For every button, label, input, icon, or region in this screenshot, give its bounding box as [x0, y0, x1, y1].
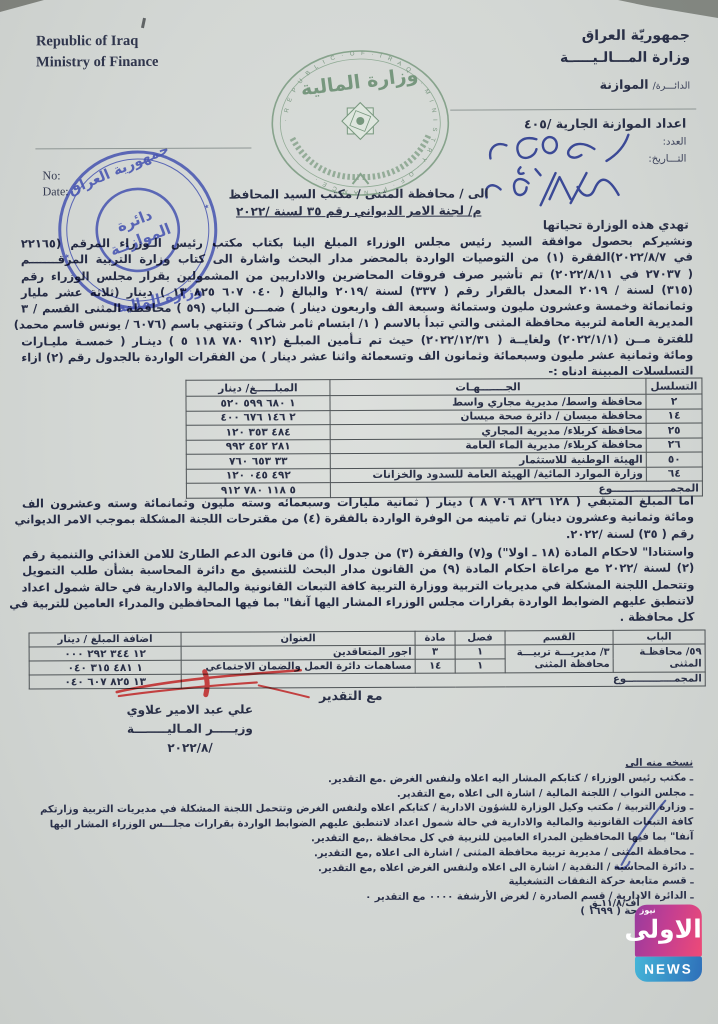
title-cell: اجور المتعاقدين: [181, 645, 415, 660]
col-bab: الباب: [613, 630, 705, 644]
col-amount: المبلـــــغ/ دينار: [186, 380, 330, 397]
col-mada: مادة: [415, 631, 455, 645]
qism-cell: ٣/ مديريـــة تربيـــة محافظة المثنى: [505, 644, 613, 672]
minister-signature-ink: [109, 664, 314, 705]
col-added-amount: اضافة المبلغ / دينار: [29, 632, 181, 647]
addressee-subject-line: م/ لجنة الامر الديواني رقم ٣٥ لسنة /٢٠٢٢: [209, 202, 509, 220]
ministry-of-finance-emblem-icon: · R E P U B L I C · O F · I R A Q · · M …: [260, 26, 461, 197]
col-title: العنوان: [181, 631, 415, 646]
country-name-en: Republic of Iraq: [36, 31, 159, 53]
mada-cell: ٣: [415, 645, 455, 659]
entity-cell: محافظة كربلاء/ مديرية المجاري: [330, 423, 646, 439]
addressee-to-line: الى / محافظة المثنى / مكتب السيد المحافظ: [209, 185, 509, 203]
ministry-name-ar: وزارة المـــالـيـــــة: [560, 47, 690, 70]
serial-cell: ٢٥: [646, 423, 702, 438]
news-logo-arabic-wordmark: الاولى: [635, 915, 702, 945]
mada-cell: ١٤: [415, 659, 455, 673]
ministry-name-en: Ministry of Finance: [36, 52, 159, 74]
news-logo-arabic-small: نيوز: [640, 906, 656, 915]
body-paragraph-2: اما المبلغ المتبقي ( ٨ ٧٠٦ ٨٢٦ ١٢٨ ) دين…: [22, 493, 694, 545]
bab-cell: ٥٩/ محافظـة المثنى: [613, 644, 705, 672]
scanned-document-page: Republic of Iraq Ministry of Finance No:…: [0, 0, 718, 1024]
news-agency-logo: نيوز الاولى NEWS: [635, 905, 702, 982]
amount-cell: ٤٨٤ ٣٥٣ ١٢٠: [186, 425, 330, 440]
greeting-line: تهدي هذه الوزارة تحياتها: [543, 218, 689, 233]
amount-cell: ١ ٦٨٠ ٥٩٩ ٥٢٠: [186, 396, 330, 411]
col-fasl: فصل: [455, 631, 505, 645]
serial-cell: ٥٠: [646, 452, 702, 467]
stamp-ring-top-text: جمهورية العراق: [66, 141, 172, 198]
serial-cell: ٢: [646, 394, 702, 409]
serial-cell: ١٤: [646, 409, 702, 424]
table-row: ٥٩/ محافظـة المثنى ٣/ مديريـــة تربيـــة…: [29, 644, 705, 661]
fasl-cell: ١: [455, 659, 505, 673]
letterhead-arabic: جمهوريّة العراق وزارة المـــالـيـــــة: [560, 25, 690, 70]
entity-cell: محافظة واسط/ مديرية مجاري واسط: [330, 394, 646, 410]
amount-cell: ٣٣ ٦٥٣ ٧٦٠: [186, 454, 330, 469]
letterhead-english: Republic of Iraq Ministry of Finance: [36, 31, 159, 74]
minister-name: علي عبد الامير علاوي: [85, 700, 295, 720]
date-field-label: التـــاريخ:: [648, 154, 686, 165]
number-field-label: العدد:: [663, 137, 687, 148]
body-line: رقم ( ٣٥) لسنة /٢٠٢٢.: [22, 525, 694, 544]
serial-cell: ٢٦: [646, 438, 702, 453]
minister-title: وزيـــــر المـاليــــــــة: [85, 719, 295, 739]
body-paragraph-3: واستنادا" لاحكام المادة (١٨ ـ اولا") و(٧…: [22, 544, 694, 628]
amount-cell: ١٢ ٣٤٤ ٢٩٢ ٠٠٠: [29, 646, 181, 661]
entity-cell: وزارة الموارد المائية/ الهيئة العامة للس…: [330, 467, 646, 483]
entity-cell: محافظة ميسان / دائرة صحة ميسان: [330, 409, 646, 425]
amount-cell: ٢٨١ ٤٥٢ ٩٩٢: [186, 439, 330, 454]
stamp-ring-bottom-text: وزارة المالية: [116, 283, 204, 317]
amount-cell: ٢ ١٤٦ ٦٧٦ ٤٠٠: [186, 410, 330, 425]
allocations-table: التسلسل الجـــــــهـات المبلـــــغ/ دينا…: [185, 378, 703, 499]
signature-date: ٢٠٢٢/٨/: [85, 738, 295, 758]
typist-reference: أف/١١/٨ـق: [589, 898, 640, 909]
signature-block: علي عبد الامير علاوي وزيـــــر المـاليــ…: [85, 700, 295, 758]
department-value: الموازنة: [600, 77, 649, 92]
col-serial: التسلسل: [646, 378, 702, 394]
col-entity: الجـــــــهـات: [330, 378, 646, 395]
body-line: كل محافظة .: [22, 609, 694, 628]
col-qism: القسم: [505, 630, 613, 644]
right-divider-line: [450, 109, 696, 111]
addressee-block: الى / محافظة المثنى / مكتب السيد المحافظ…: [209, 185, 509, 220]
fasl-cell: ١: [455, 645, 505, 659]
department-line: الدائـــرة/ الموازنة: [600, 77, 691, 92]
amount-cell: ٤٩٢ ٠٤٥ ١٢٠: [186, 468, 330, 483]
department-label: الدائـــرة/: [653, 81, 691, 92]
entity-cell: الهيئة الوطنية للاستثمار: [330, 452, 646, 468]
country-name-ar: جمهوريّة العراق: [560, 25, 690, 48]
news-logo-news-band: NEWS: [635, 957, 702, 982]
entity-cell: محافظة كربلاء/ مديرية الماء العامة: [330, 438, 646, 454]
checkmark-ink: [611, 795, 671, 873]
cc-item: ـ وزارة التربية / مكتب وكيل الوزارة للشؤ…: [27, 801, 693, 848]
serial-cell: ٦٤: [646, 467, 702, 482]
body-line: لاتنطبق عليهم الضوابط الواردة بقرارات مج…: [22, 592, 694, 611]
